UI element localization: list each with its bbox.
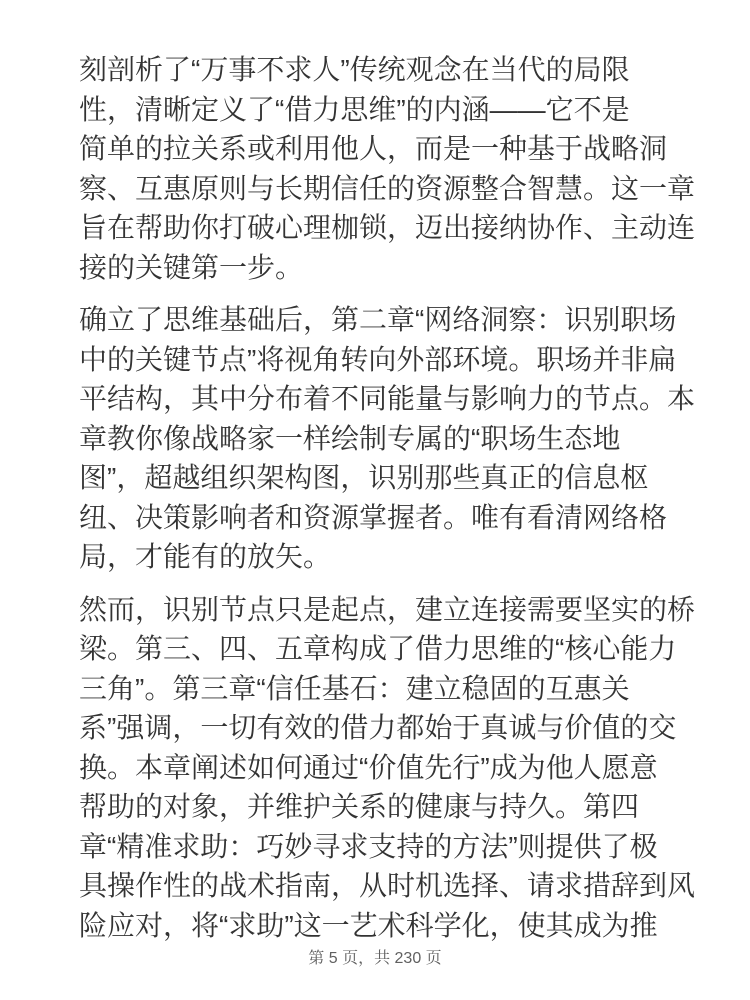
text-line: 纽、决策影响者和资源掌握者。唯有看清网络格 [79, 498, 670, 538]
document-body: 刻剖析了“万事不求人”传统观念在当代的局限性，清晰定义了“借力思维”的内涵——它… [79, 50, 670, 945]
paragraph: 刻剖析了“万事不求人”传统观念在当代的局限性，清晰定义了“借力思维”的内涵——它… [79, 50, 670, 287]
text-line: 换。本章阐述如何通过“价值先行”成为他人愿意 [79, 748, 670, 788]
text-line: 局，才能有的放矢。 [79, 537, 670, 577]
text-line: 性，清晰定义了“借力思维”的内涵——它不是 [79, 90, 670, 130]
text-line: 确立了思维基础后，第二章“网络洞察：识别职场 [79, 300, 670, 340]
page-footer: 第 5 页，共 230 页 [0, 949, 750, 968]
text-line: 图”，超越组织架构图，识别那些真正的信息枢 [79, 458, 670, 498]
text-line: 系”强调，一切有效的借力都始于真诚与价值的交 [79, 708, 670, 748]
text-line: 刻剖析了“万事不求人”传统观念在当代的局限 [79, 50, 670, 90]
paragraph: 然而，识别节点只是起点，建立连接需要坚实的桥梁。第三、四、五章构成了借力思维的“… [79, 590, 670, 946]
text-line: 章教你像战略家一样绘制专属的“职场生态地 [79, 419, 670, 459]
page-content: 刻剖析了“万事不求人”传统观念在当代的局限性，清晰定义了“借力思维”的内涵——它… [79, 50, 670, 958]
text-line: 三角”。第三章“信任基石：建立稳固的互惠关 [79, 669, 670, 709]
paragraph: 确立了思维基础后，第二章“网络洞察：识别职场中的关键节点”将视角转向外部环境。职… [79, 300, 670, 577]
text-line: 然而，识别节点只是起点，建立连接需要坚实的桥 [79, 590, 670, 630]
text-line: 章“精准求助：巧妙寻求支持的方法”则提供了极 [79, 827, 670, 867]
text-line: 平结构，其中分布着不同能量与影响力的节点。本 [79, 379, 670, 419]
text-line: 简单的拉关系或利用他人，而是一种基于战略洞 [79, 129, 670, 169]
text-line: 帮助的对象，并维护关系的健康与持久。第四 [79, 787, 670, 827]
text-line: 险应对，将“求助”这一艺术科学化，使其成为推 [79, 906, 670, 946]
text-line: 中的关键节点”将视角转向外部环境。职场并非扁 [79, 340, 670, 380]
text-line: 接的关键第一步。 [79, 248, 670, 288]
text-line: 察、互惠原则与长期信任的资源整合智慧。这一章 [79, 169, 670, 209]
text-line: 具操作性的战术指南，从时机选择、请求措辞到风 [79, 866, 670, 906]
text-line: 梁。第三、四、五章构成了借力思维的“核心能力 [79, 629, 670, 669]
text-line: 旨在帮助你打破心理枷锁，迈出接纳协作、主动连 [79, 208, 670, 248]
page-indicator: 第 5 页，共 230 页 [308, 950, 441, 967]
